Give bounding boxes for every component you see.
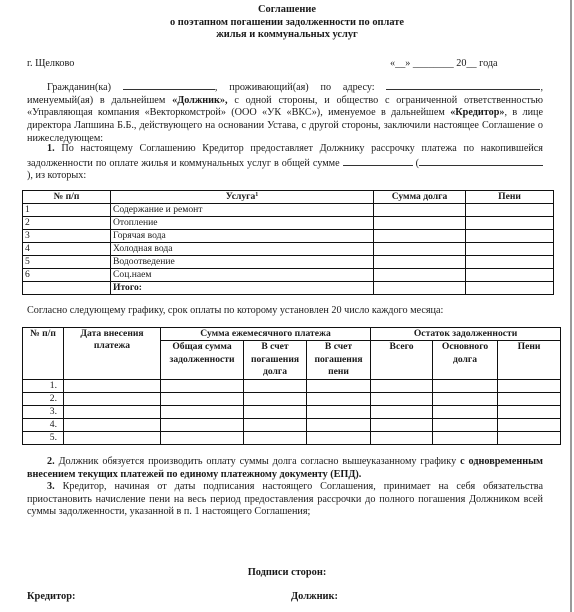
table-cell[interactable]	[64, 405, 161, 418]
debtor-signature-label: Должник:	[291, 591, 338, 602]
table-cell-service: Содержание и ремонт	[111, 204, 374, 217]
preamble: Гражданин(ка) , проживающий(ая) по адрес…	[27, 80, 543, 146]
table-row: 3Горячая вода	[23, 230, 554, 243]
table-row: 4.	[23, 418, 561, 431]
table-cell[interactable]	[371, 431, 433, 444]
table-cell-debt[interactable]	[374, 269, 466, 282]
col-header-debt: Сумма долга	[374, 191, 466, 204]
table-cell-n: 2	[23, 217, 111, 230]
table-cell-penalty[interactable]	[466, 269, 554, 282]
table-cell[interactable]	[161, 418, 244, 431]
payment-schedule-table: № п/п Дата внесения платежа Сумма ежемес…	[22, 327, 561, 445]
table-cell[interactable]	[244, 392, 307, 405]
table-cell[interactable]	[498, 379, 561, 392]
col-group-monthly-payment: Сумма ежемесячного платежа	[161, 328, 371, 341]
preamble-text: , проживающий(ая) по адресу:	[215, 82, 375, 93]
preamble-text: Гражданин(ка)	[47, 82, 111, 93]
table-cell-debt[interactable]	[374, 256, 466, 269]
title-line-1: Соглашение	[0, 4, 574, 17]
col-header-payment-date: Дата внесения платежа	[64, 328, 161, 380]
col-header-penalty: Пени	[466, 191, 554, 204]
table-row: 1Содержание и ремонт	[23, 204, 554, 217]
col-header-remaining-total: Всего	[371, 341, 433, 379]
title-line-2: о поэтапном погашении задолженности по о…	[0, 17, 574, 30]
clause-text: Кредитор, начиная от даты подписания нас…	[27, 481, 543, 517]
table-cell[interactable]	[371, 405, 433, 418]
table-cell[interactable]	[307, 392, 371, 405]
clause-1: 1. По настоящему Соглашению Кредитор пре…	[27, 143, 543, 183]
col-header-toward-penalty: В счет погашения пени	[307, 341, 371, 379]
table-cell[interactable]	[433, 418, 498, 431]
table-row: 5.	[23, 431, 561, 444]
row-number: 3.	[23, 405, 64, 418]
clause-2: 2. Должник обязуется производить оплату …	[27, 456, 543, 481]
table-header-row: № п/п Дата внесения платежа Сумма ежемес…	[23, 328, 561, 341]
citizen-name-blank	[123, 80, 215, 90]
table-cell-penalty[interactable]	[466, 204, 554, 217]
city: г. Щелково	[27, 58, 74, 69]
table-cell[interactable]	[64, 379, 161, 392]
table-cell[interactable]	[307, 405, 371, 418]
creditor-signature-label: Кредитор:	[27, 591, 75, 602]
table-cell-n: 6	[23, 269, 111, 282]
table-cell-service: Соц.наем	[111, 269, 374, 282]
table-cell-penalty[interactable]	[466, 230, 554, 243]
table-cell[interactable]	[161, 405, 244, 418]
table-cell[interactable]	[307, 431, 371, 444]
table-cell[interactable]	[161, 431, 244, 444]
table-cell[interactable]	[371, 418, 433, 431]
row-number: 4.	[23, 418, 64, 431]
clause-text: Должник обязуется производить оплату сум…	[55, 456, 460, 467]
clause-text: ), из которых:	[27, 170, 86, 181]
table-cell[interactable]	[371, 392, 433, 405]
table-row: 3.	[23, 405, 561, 418]
clause-3: 3. Кредитор, начиная от даты подписания …	[27, 481, 543, 519]
row-number: 1.	[23, 379, 64, 392]
preamble-text: ,	[540, 82, 543, 93]
table-cell-debt[interactable]	[374, 243, 466, 256]
table-cell[interactable]	[307, 418, 371, 431]
signatures-heading: Подписи сторон:	[0, 567, 574, 578]
table-cell[interactable]	[433, 405, 498, 418]
table-cell-n: 4	[23, 243, 111, 256]
address-blank	[386, 80, 540, 90]
table-cell-service: Отопление	[111, 217, 374, 230]
table-cell-penalty[interactable]	[466, 256, 554, 269]
col-header-remaining-principal: Основного долга	[433, 341, 498, 379]
sum-words-blank	[419, 156, 543, 166]
table-row: 5Водоотведение	[23, 256, 554, 269]
table-row: 1.	[23, 379, 561, 392]
table-cell-debt[interactable]	[374, 217, 466, 230]
table-cell[interactable]	[466, 282, 554, 295]
table-cell[interactable]	[244, 379, 307, 392]
preamble-text: именуемый(ая) в дальнейшем	[27, 95, 172, 106]
row-number: 2.	[23, 392, 64, 405]
table-cell-penalty[interactable]	[466, 217, 554, 230]
table-cell[interactable]	[433, 379, 498, 392]
schedule-intro: Согласно следующему графику, срок оплаты…	[27, 305, 443, 316]
col-header-number: № п/п	[23, 328, 64, 380]
table-cell[interactable]	[64, 431, 161, 444]
table-header-row: № п/п Услуга1 Сумма долга Пени	[23, 191, 554, 204]
table-row: 2Отопление	[23, 217, 554, 230]
table-cell-debt[interactable]	[374, 230, 466, 243]
table-row: 6Соц.наем	[23, 269, 554, 282]
table-cell[interactable]	[433, 392, 498, 405]
clause-number: 3.	[47, 481, 55, 492]
col-header-number: № п/п	[23, 191, 111, 204]
table-cell-service: Горячая вода	[111, 230, 374, 243]
clause-number: 2.	[47, 456, 55, 467]
total-sum-blank	[343, 156, 413, 166]
creditor-term: «Кредитор»	[450, 107, 504, 118]
table-cell[interactable]	[498, 392, 561, 405]
services-table: № п/п Услуга1 Сумма долга Пени 1Содержан…	[22, 190, 554, 295]
table-cell	[23, 282, 111, 295]
footnote-mark: 1	[255, 192, 258, 198]
table-cell-n: 5	[23, 256, 111, 269]
table-cell-debt[interactable]	[374, 204, 466, 217]
col-header-service-label: Услуга	[226, 191, 256, 202]
date-placeholder: «__» ________ 20__ года	[390, 58, 498, 69]
col-group-remaining-debt: Остаток задолженности	[371, 328, 561, 341]
table-cell[interactable]	[161, 392, 244, 405]
table-total-row: Итого:	[23, 282, 554, 295]
total-label: Итого:	[111, 282, 374, 295]
table-cell[interactable]	[307, 379, 371, 392]
table-cell[interactable]	[64, 418, 161, 431]
table-cell[interactable]	[498, 405, 561, 418]
table-cell[interactable]	[498, 418, 561, 431]
table-cell[interactable]	[374, 282, 466, 295]
table-cell-penalty[interactable]	[466, 243, 554, 256]
page-edge-divider	[570, 0, 572, 612]
table-cell-service: Холодная вода	[111, 243, 374, 256]
table-cell[interactable]	[498, 431, 561, 444]
col-header-toward-debt: В счет погашения долга	[244, 341, 307, 379]
title-line-3: жилья и коммунальных услуг	[0, 29, 574, 42]
table-cell-service: Водоотведение	[111, 256, 374, 269]
clause-number: 1.	[47, 143, 55, 154]
table-cell-n: 1	[23, 204, 111, 217]
col-header-service: Услуга1	[111, 191, 374, 204]
table-cell[interactable]	[161, 379, 244, 392]
document-title: Соглашение о поэтапном погашении задолже…	[0, 4, 574, 42]
col-header-remaining-penalty: Пени	[498, 341, 561, 379]
table-row: 4Холодная вода	[23, 243, 554, 256]
table-cell[interactable]	[433, 431, 498, 444]
table-cell[interactable]	[64, 392, 161, 405]
table-row: 2.	[23, 392, 561, 405]
table-cell-n: 3	[23, 230, 111, 243]
row-number: 5.	[23, 431, 64, 444]
table-cell[interactable]	[244, 405, 307, 418]
table-cell[interactable]	[371, 379, 433, 392]
debtor-term: «Должник»,	[172, 95, 227, 106]
col-header-total-debt: Общая сумма задолженности	[161, 341, 244, 379]
table-cell[interactable]	[244, 431, 307, 444]
table-cell[interactable]	[244, 418, 307, 431]
